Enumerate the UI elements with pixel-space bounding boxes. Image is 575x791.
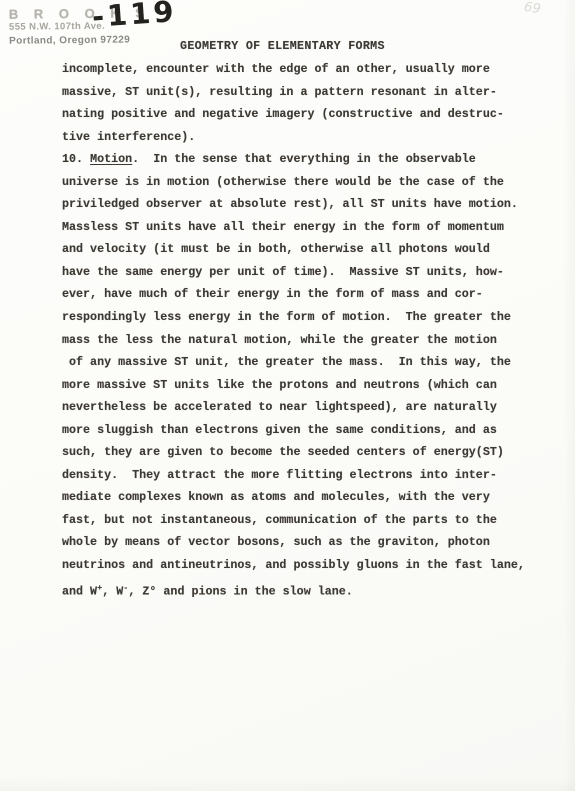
typewritten-line: ever, have much of their energy in the f…: [62, 283, 542, 306]
document-page: B R O O K S 555 N.W. 107th Ave. Portland…: [0, 0, 575, 791]
faint-pencil-page-number: 69: [523, 0, 542, 17]
typewritten-line: 10. Motion. In the sense that everything…: [62, 148, 542, 171]
typewritten-line: Massless ST units have all their energy …: [62, 216, 542, 239]
typewritten-line: more sluggish than electrons given the s…: [62, 419, 542, 442]
stamp-city: Portland, Oregon 97229: [9, 34, 150, 46]
typewritten-line: and velocity (it must be in both, otherw…: [62, 238, 542, 261]
typewritten-line: of any massive ST unit, the greater the …: [62, 351, 542, 374]
typewritten-line: whole by means of vector bosons, such as…: [62, 531, 542, 554]
typewritten-line: fast, but not instantaneous, communicati…: [62, 509, 542, 532]
typewritten-line: mediate complexes known as atoms and mol…: [62, 486, 542, 509]
typewritten-line: incomplete, encounter with the edge of a…: [62, 58, 542, 81]
typewritten-line: density. They attract the more flitting …: [62, 464, 542, 487]
typewritten-line: mass the less the natural motion, while …: [62, 329, 542, 352]
typewritten-line: respondingly less energy in the form of …: [62, 306, 542, 329]
page-title: GEOMETRY OF ELEMENTARY FORMS: [180, 39, 385, 53]
typewritten-line: and W+, W-, Z° and pions in the slow lan…: [62, 577, 542, 600]
typewritten-line: massive, ST unit(s), resulting in a patt…: [62, 81, 542, 104]
typewritten-line: universe is in motion (otherwise there w…: [62, 171, 542, 194]
document-body: incomplete, encounter with the edge of a…: [62, 58, 542, 599]
typewritten-line: more massive ST units like the protons a…: [62, 374, 542, 397]
typewritten-line: nevertheless be accelerated to near ligh…: [62, 396, 542, 419]
typewritten-line: have the same energy per unit of time). …: [62, 261, 542, 284]
handwritten-catalog-number: -119: [91, 0, 178, 34]
typewritten-line: nating positive and negative imagery (co…: [62, 103, 542, 126]
typewritten-line: tive interference).: [62, 126, 542, 149]
typewritten-line: priviledged observer at absolute rest), …: [62, 193, 542, 216]
typewritten-line: neutrinos and antineutrinos, and possibl…: [62, 554, 542, 577]
typewritten-line: such, they are given to become the seede…: [62, 441, 542, 464]
